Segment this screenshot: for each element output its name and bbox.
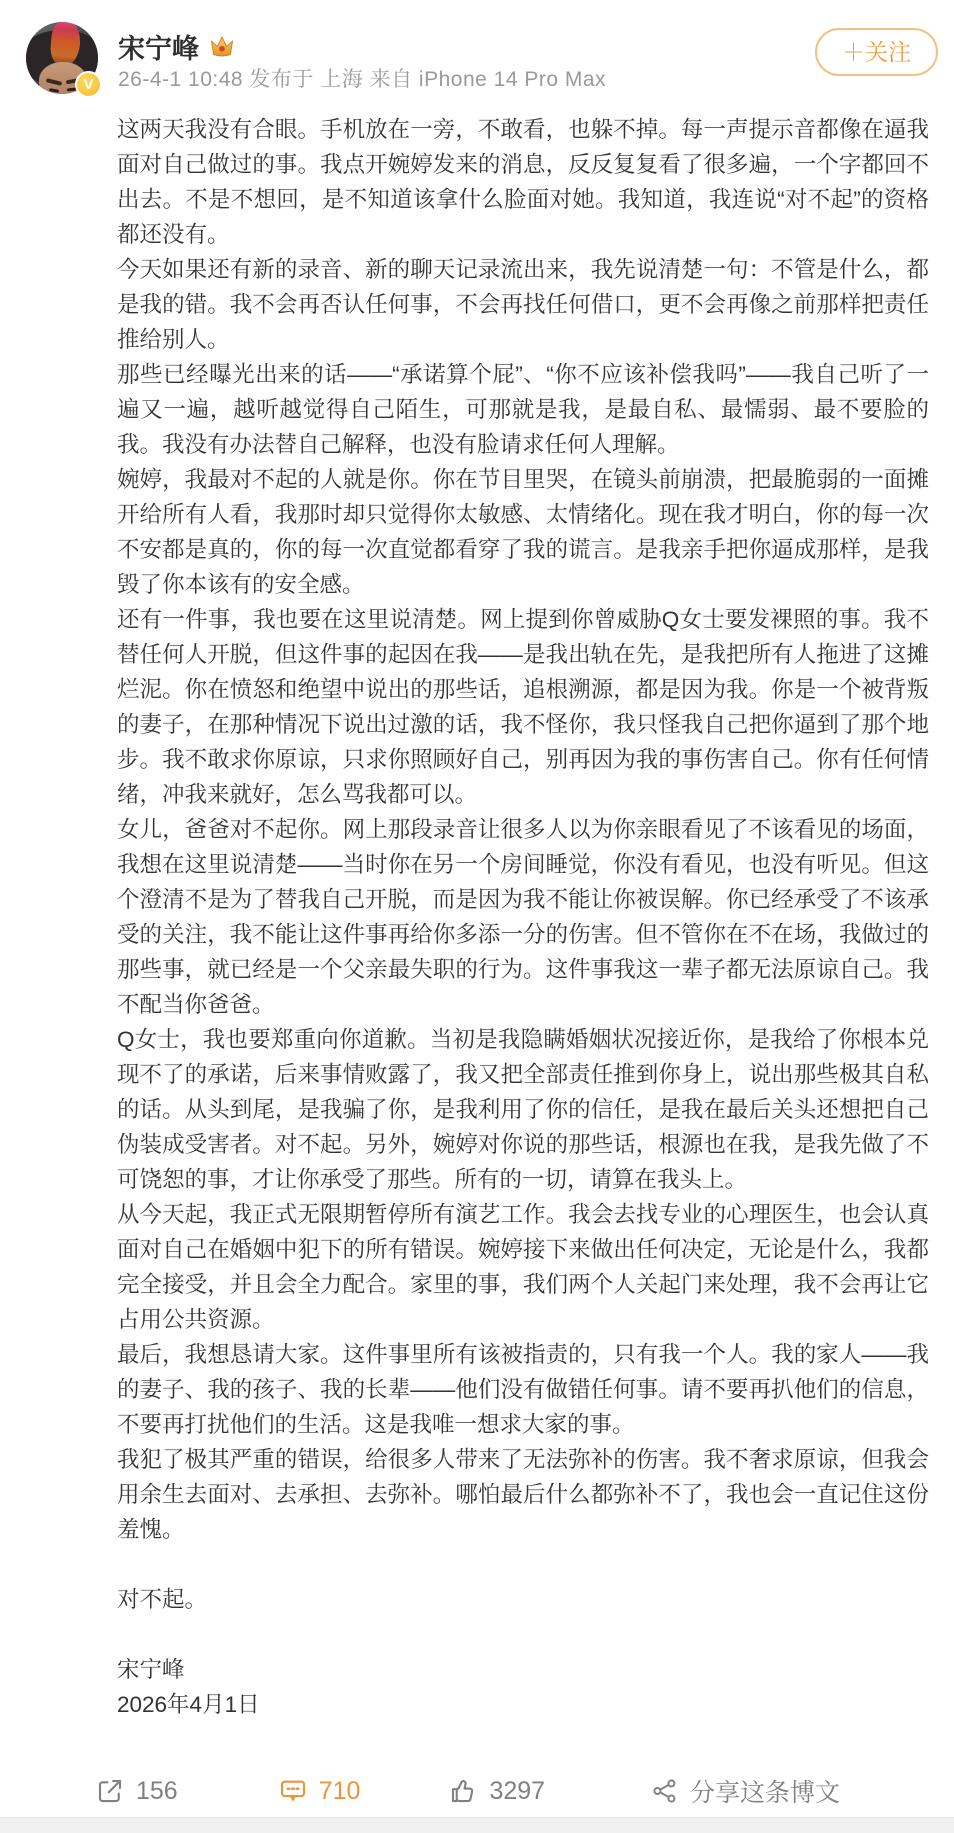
name-row: 宋宁峰 [118, 27, 237, 66]
post-paragraph: 还有一件事，我也要在这里说清楚。网上提到你曾威胁Q女士要发裸照的事。我不替任何人… [117, 602, 929, 812]
footer-divider-strip [0, 1817, 954, 1833]
post-closing: 对不起。 [117, 1582, 929, 1617]
verified-v-badge: V [75, 71, 102, 98]
post-meta-timestamp: 26-4-1 10:48 发布于 上海 来自 iPhone 14 Pro Max [118, 63, 606, 93]
post-paragraph: Q女士，我也要郑重向你道歉。当初是我隐瞒婚姻状况接近你，是我给了你根本兑现不了的… [117, 1022, 929, 1197]
vip-crown-badge-icon [207, 33, 237, 61]
post-paragraph: 今天如果还有新的录音、新的聊天记录流出来，我先说清楚一句：不管是什么，都是我的错… [117, 252, 929, 357]
post-paragraph: 这两天我没有合眼。手机放在一旁，不敢看，也躲不掉。每一声提示音都像在逼我面对自己… [117, 112, 929, 252]
post-paragraph: 最后，我想恳请大家。这件事里所有该被指责的，只有我一个人。我的家人——我的妻子、… [117, 1337, 929, 1442]
repost-count: 156 [136, 1777, 178, 1806]
post-text: 这两天我没有合眼。手机放在一旁，不敢看，也躲不掉。每一声提示音都像在逼我面对自己… [117, 112, 929, 1762]
username[interactable]: 宋宁峰 [118, 27, 199, 66]
repost-icon [95, 1776, 125, 1806]
post-header: V 宋宁峰 26-4-1 10:48 发布于 上海 来自 iPhone 14 P… [0, 0, 954, 100]
share-label: 分享这条博文 [690, 1773, 840, 1809]
post-paragraph: 婉婷，我最对不起的人就是你。你在节目里哭，在镜头前崩溃，把最脆弱的一面摊开给所有… [117, 462, 929, 602]
blank-line [117, 1617, 929, 1652]
post-date: 2026年4月1日 [117, 1687, 929, 1722]
share-nodes-icon [651, 1777, 679, 1805]
action-bar: 156 710 3297 分 [0, 1765, 954, 1817]
avatar[interactable]: V [26, 22, 98, 94]
comment-count: 710 [319, 1777, 361, 1806]
blank-line [117, 1547, 929, 1582]
post-signature: 宋宁峰 [117, 1652, 929, 1687]
post-paragraph: 那些已经曝光出来的话——“承诺算个屁”、“你不应该补偿我吗”——我自己听了一遍又… [117, 357, 929, 462]
post-paragraph: 我犯了极其严重的错误，给很多人带来了无法弥补的伤害。我不奢求原谅，但我会用余生去… [117, 1442, 929, 1547]
follow-button[interactable]: ＋关注 [815, 28, 938, 76]
post-paragraph: 女儿，爸爸对不起你。网上那段录音让很多人以为你亲眼看见了不该看见的场面，我想在这… [117, 812, 929, 1022]
thumbs-up-icon [448, 1776, 478, 1806]
like-count: 3297 [489, 1777, 545, 1806]
comment-button[interactable]: 710 [278, 1776, 361, 1806]
repost-button[interactable]: 156 [95, 1776, 178, 1806]
like-button[interactable]: 3297 [448, 1776, 545, 1806]
comment-icon [278, 1776, 308, 1806]
weibo-post-page: { "header": { "username": "宋宁峰", "verifi… [0, 0, 954, 1833]
post-paragraph: 从今天起，我正式无限期暂停所有演艺工作。我会去找专业的心理医生，也会认真面对自己… [117, 1197, 929, 1337]
share-button[interactable]: 分享这条博文 [651, 1773, 840, 1809]
